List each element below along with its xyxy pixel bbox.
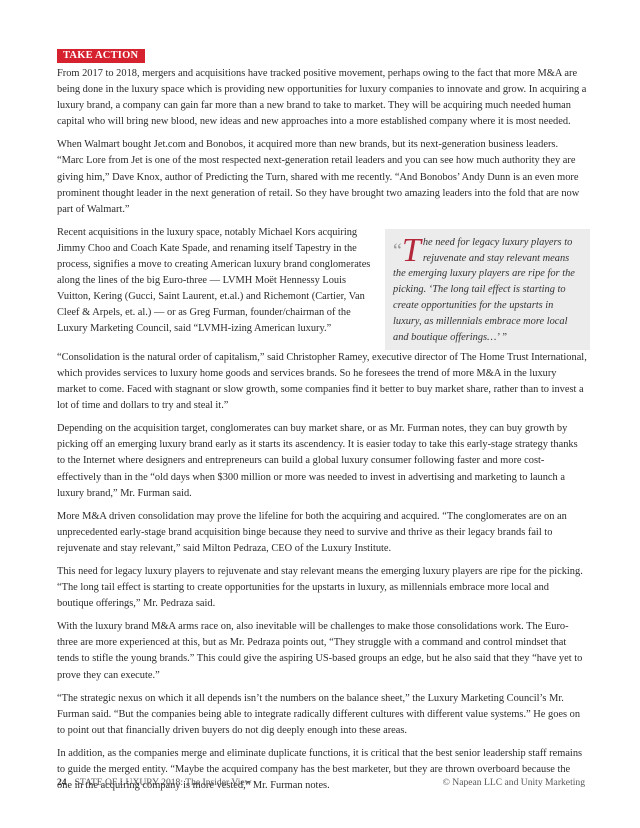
footer-left: 24STATE OF LUXURY 2018: The Insider View <box>57 777 252 788</box>
page-number: 24 <box>57 777 67 788</box>
dropcap-letter: T <box>402 232 421 269</box>
page-footer: 24STATE OF LUXURY 2018: The Insider View… <box>57 777 585 788</box>
pull-quote-box: “The need for legacy luxury players to r… <box>385 229 590 350</box>
open-quote-icon: “ <box>393 240 402 262</box>
paragraph-walmart: When Walmart bought Jet.com and Bonobos,… <box>57 137 587 217</box>
publication-title: STATE OF LUXURY 2018: The Insider View <box>75 777 252 788</box>
pull-quote-dropcap: “T <box>393 237 421 265</box>
paragraph-arms-race: With the luxury brand M&A arms race on, … <box>57 619 587 683</box>
paragraph-strategic-nexus: “The strategic nexus on which it all dep… <box>57 691 587 739</box>
paragraph-recent-acquisitions: Recent acquisitions in the luxury space,… <box>57 225 379 338</box>
page-body: TAKE ACTION From 2017 to 2018, mergers a… <box>57 43 587 801</box>
paragraph-acquisition-target: Depending on the acquisition target, con… <box>57 421 587 501</box>
pull-quote: “The need for legacy luxury players to r… <box>393 235 582 346</box>
paragraph-with-pull-quote: Recent acquisitions in the luxury space,… <box>57 225 587 350</box>
take-action-badge: TAKE ACTION <box>57 49 145 63</box>
paragraph-consolidation: “Consolidation is the natural order of c… <box>57 350 587 414</box>
paragraph-legacy-players: This need for legacy luxury players to r… <box>57 564 587 612</box>
copyright: © Napean LLC and Unity Marketing <box>443 777 585 788</box>
paragraph-intro: From 2017 to 2018, mergers and acquisiti… <box>57 66 587 130</box>
paragraph-lifeline: More M&A driven consolidation may prove … <box>57 509 587 557</box>
